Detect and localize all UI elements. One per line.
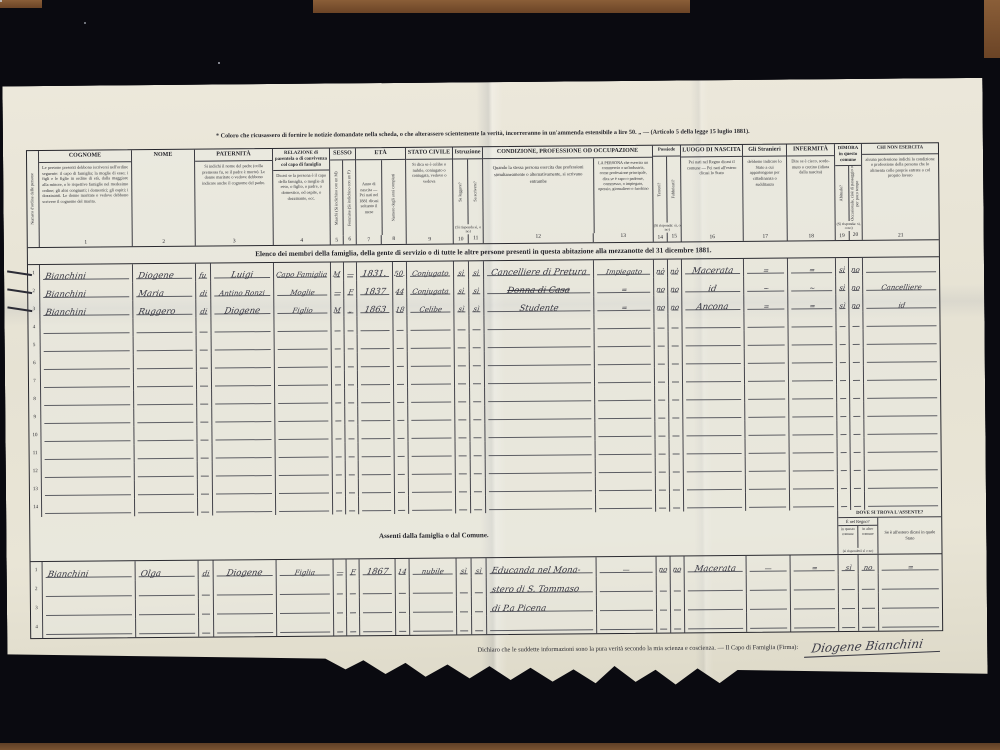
empty-cell: [669, 421, 683, 439]
empty-cell: [135, 444, 198, 463]
empty-cell: [471, 459, 486, 477]
row-number: 14: [30, 499, 42, 517]
empty-cell: [134, 372, 197, 391]
empty-cell: [41, 426, 134, 445]
cell-nome: [136, 599, 199, 619]
empty-cell: [789, 330, 837, 348]
empty-cell: [669, 385, 683, 403]
empty-cell: [850, 330, 864, 348]
empty-cell: [851, 474, 865, 492]
empty-cell: [850, 384, 864, 402]
cell-fabbricati: no: [668, 295, 682, 313]
empty-cell: [864, 365, 940, 384]
cell-paternita: Luigi: [211, 263, 274, 282]
empty-cell: [197, 354, 212, 372]
empty-cell: [745, 349, 789, 367]
cell-regno-altro-comune: [859, 612, 879, 631]
empty-cell: [850, 348, 864, 366]
empty-cell: [684, 439, 746, 458]
cell-sesso-f: F: [344, 280, 357, 298]
empty-cell: [212, 407, 275, 426]
declaration-line: Dichiaro che le suddette informazioni so…: [30, 638, 943, 662]
cell-sa-scrivere: [472, 615, 487, 634]
empty-cell: [837, 330, 850, 348]
cell-nome: Ruggero: [133, 300, 196, 319]
empty-cell: [595, 368, 655, 387]
col-header-paternita: PATERNITÀ Si indichi il nome del padre (…: [195, 149, 274, 246]
empty-cell: [198, 480, 213, 498]
cell-sesso-f: [347, 578, 360, 597]
cell-stato-civile: [410, 596, 457, 615]
empty-cell: [409, 477, 456, 495]
cell-anno-nascita: [360, 616, 396, 635]
cell-nome: [136, 618, 199, 638]
cell-anni-compiuti: 14: [396, 559, 410, 578]
cell-condizione: Cancelliere di Pretura: [484, 260, 594, 279]
cell-sa-leggere: sì: [454, 279, 469, 297]
cell-regno-questo-comune: [839, 593, 859, 612]
empty-cell: [212, 371, 275, 390]
empty-cell: [135, 462, 198, 481]
absent-heading: Assenti dalla famiglia o dal Comune.: [30, 510, 838, 561]
cell-terreni: no: [657, 557, 671, 576]
cell-stato-civile: Conjugata: [407, 279, 454, 297]
cell-estero-stato: [879, 573, 942, 593]
empty-cell: [211, 317, 274, 336]
empty-cell: [595, 386, 655, 405]
cell-paternita: Antino Ronzi: [211, 281, 274, 300]
empty-cell: [485, 404, 595, 423]
subcol-la-persona: LA PERSONA che esercita un commercio o u…: [593, 158, 653, 233]
col-header-condizione: CONDIZIONE, PROFESSIONE OD OCCUPAZIONE Q…: [483, 146, 654, 243]
empty-cell: [134, 426, 197, 445]
where-is-absent-box: DOVE SI TROVA L'ASSENTE? È nel Regno? in…: [838, 509, 941, 554]
cell-persona: [597, 576, 657, 596]
row-number: 7: [29, 373, 41, 391]
empty-cell: [655, 368, 669, 386]
cell-stranieri: ~: [744, 277, 788, 295]
cell-sesso-f: [347, 616, 360, 635]
cell-anno-nascita: [360, 597, 396, 616]
cell-sesso-f: „: [344, 298, 357, 316]
cell-nome: Olga: [136, 561, 199, 581]
empty-cell: [344, 316, 357, 334]
empty-cell: [485, 350, 595, 369]
cell-persona: —: [597, 557, 657, 577]
cell-dimora-abituale: sì: [836, 258, 849, 276]
empty-cell: [358, 406, 394, 424]
empty-cell: [789, 366, 837, 384]
subcol-in-questo-comune: in questo comune: [838, 526, 857, 548]
empty-cell: [788, 312, 836, 330]
cell-luogo-nascita: [685, 594, 747, 614]
cell-relazione: Moglie: [274, 281, 331, 299]
empty-cell: [470, 405, 485, 423]
empty-cell: [789, 384, 837, 402]
col-header-stranieri: Gli Stranieri debbono indicare lo Stato …: [743, 145, 788, 241]
empty-cell: [838, 456, 851, 474]
empty-cell: [655, 350, 669, 368]
empty-cell: [42, 462, 135, 481]
empty-cell: [596, 476, 656, 495]
empty-cell: [596, 494, 656, 513]
empty-cell: [409, 441, 456, 459]
empty-cell: [470, 423, 485, 441]
cell-stato-civile: Conjugato: [407, 261, 454, 279]
empty-cell: [359, 442, 395, 460]
cell-sesso-m: [334, 597, 347, 616]
empty-cell: [486, 494, 596, 513]
empty-cell: [683, 367, 745, 386]
wood-table-corner: [0, 0, 42, 8]
empty-cell: [345, 370, 358, 388]
cell-dimora-abituale: sì: [836, 294, 849, 312]
empty-cell: [408, 333, 455, 351]
empty-cell: [275, 407, 332, 425]
empty-cell: [135, 480, 198, 499]
col-header-nome: NOME 2: [132, 150, 196, 247]
cell-terreni: [657, 614, 671, 633]
empty-cell: [394, 388, 408, 406]
cell-condizione: Donna di Casa: [484, 278, 594, 297]
empty-cell: [332, 406, 345, 424]
empty-cell: [837, 420, 850, 438]
cell-paternita: [214, 598, 277, 618]
empty-cell: [196, 318, 211, 336]
empty-cell: [455, 405, 470, 423]
empty-cell: [198, 498, 213, 516]
cell-stranieri: [747, 613, 791, 632]
cell-luogo-nascita: Macerata: [685, 556, 747, 576]
empty-cell: [346, 478, 359, 496]
empty-cell: [197, 372, 212, 390]
empty-cell: [359, 496, 395, 514]
empty-cell: [486, 476, 596, 495]
empty-cell: [212, 389, 275, 408]
cell-infermita: [791, 612, 839, 631]
empty-cell: [470, 369, 485, 387]
empty-cell: [456, 441, 471, 459]
empty-cell: [851, 492, 865, 510]
empty-cell: [275, 335, 332, 353]
empty-cell: [683, 385, 745, 404]
empty-cell: [670, 439, 684, 457]
empty-cell: [656, 440, 670, 458]
empty-cell: [198, 444, 213, 462]
empty-cell: [275, 389, 332, 407]
empty-cell: [669, 403, 683, 421]
empty-cell: [655, 386, 669, 404]
cell-anno-nascita: 1863: [357, 298, 393, 316]
empty-cell: [134, 390, 197, 409]
empty-cell: [41, 336, 134, 355]
cell-dimora-abituale: sì: [836, 276, 849, 294]
cell-luogo-nascita: id: [682, 277, 744, 296]
empty-cell: [595, 422, 655, 441]
empty-cell: [394, 334, 408, 352]
cell-regno-altro-comune: [859, 574, 879, 593]
cell-regno-altro-comune: no: [859, 555, 879, 574]
cell-terreni: no: [654, 296, 668, 314]
main-table-empty-rows: 4567891011121314: [28, 311, 941, 517]
cell-paternita: Diogene: [211, 299, 274, 318]
empty-cell: [469, 315, 484, 333]
empty-cell: [485, 386, 595, 405]
empty-cell: [746, 493, 790, 511]
cell-cognome: Bianchini: [40, 264, 133, 283]
cell-stranieri: [747, 594, 791, 613]
empty-cell: [276, 443, 333, 461]
row-number: 4: [31, 619, 43, 638]
row-number: 11: [30, 445, 42, 463]
empty-cell: [484, 314, 594, 333]
empty-cell: [332, 352, 345, 370]
empty-cell: [836, 312, 849, 330]
empty-cell: [197, 426, 212, 444]
empty-cell: [455, 333, 470, 351]
col-header-cognome: COGNOME Le persone presenti debbono iscr…: [39, 150, 133, 247]
cell-chi-non-esercita: [863, 257, 939, 276]
cell-anno-nascita: 1837: [357, 280, 393, 298]
cell-sa-scrivere: [472, 577, 487, 596]
empty-cell: [345, 334, 358, 352]
empty-cell: [746, 475, 790, 493]
empty-cell: [864, 401, 940, 420]
empty-cell: [197, 336, 212, 354]
row-number: 3: [31, 600, 43, 619]
subcol-sa-scrivere: Sa scrivere?: [467, 159, 483, 224]
empty-cell: [670, 457, 684, 475]
empty-cell: [333, 496, 346, 514]
empty-cell: [359, 478, 395, 496]
empty-cell: [865, 437, 941, 456]
cell-fu-di: [199, 618, 214, 637]
cell-sesso-m: —: [331, 280, 344, 298]
cell-stranieri: —: [747, 556, 791, 575]
empty-cell: [471, 441, 486, 459]
empty-cell: [408, 351, 455, 369]
empty-cell: [331, 316, 344, 334]
empty-cell: [408, 387, 455, 405]
empty-cell: [276, 461, 333, 479]
subcol-anni-compiuti: Numero degli anni compiuti: [381, 160, 406, 235]
empty-cell: [864, 329, 940, 348]
empty-cell: [395, 496, 409, 514]
empty-cell: [486, 458, 596, 477]
empty-cell: [332, 334, 345, 352]
empty-cell: [485, 422, 595, 441]
empty-cell: [864, 347, 940, 366]
cell-luogo-nascita: [685, 575, 747, 595]
cell-fu-di: [199, 580, 214, 599]
cell-stranieri: =: [744, 295, 788, 313]
empty-cell: [456, 477, 471, 495]
empty-cell: [670, 493, 684, 511]
col-header-sesso: SESSO Maschi (Si indichino con un M) Fem…: [330, 148, 357, 244]
cell-chi-non-esercita: id: [863, 293, 939, 312]
empty-cell: [455, 369, 470, 387]
cell-fu-di: di: [199, 561, 214, 580]
empty-cell: [42, 444, 135, 463]
head-of-family-signature: Diogene Bianchini: [805, 636, 943, 658]
cell-infermita: ~: [788, 276, 836, 294]
cell-persona: Impiegato: [594, 260, 654, 279]
empty-cell: [485, 368, 595, 387]
empty-cell: [683, 403, 745, 422]
empty-cell: [345, 424, 358, 442]
empty-cell: [790, 456, 838, 474]
empty-cell: [332, 388, 345, 406]
cell-relazione: Capo Famiglia: [274, 263, 331, 281]
cell-fu-di: fu: [196, 264, 211, 282]
table-header: Numero d'ordine delle persone COGNOME Le…: [27, 143, 939, 248]
cell-stato-civile: [410, 577, 457, 596]
cell-sa-leggere: [457, 596, 472, 615]
empty-cell: [212, 335, 275, 354]
cell-sesso-f: [347, 597, 360, 616]
row-number: 1: [31, 562, 43, 581]
col-header-numero-ordine: Numero d'ordine delle persone: [27, 151, 40, 247]
cell-relazione: Figlia: [277, 560, 334, 579]
cell-stato-civile: Celibe: [407, 297, 454, 315]
cell-persona: [597, 614, 657, 634]
cell-fu-di: di: [196, 300, 211, 318]
empty-cell: [346, 460, 359, 478]
cell-sesso-m: [334, 616, 347, 635]
empty-cell: [863, 311, 939, 330]
empty-cell: [656, 494, 670, 512]
col-header-stato-civile: STATO CIVILE Si dica se è celibe o nubil…: [406, 147, 454, 243]
empty-cell: [395, 442, 409, 460]
subcol-terreni: Terreni?: [653, 156, 667, 222]
empty-cell: [407, 315, 454, 333]
cell-anni-compiuti: [396, 616, 410, 635]
cell-sesso-f: F: [347, 559, 360, 578]
empty-cell: [213, 461, 276, 480]
cell-fu-di: [199, 599, 214, 618]
empty-cell: [485, 332, 595, 351]
subcol-abituale: Abituale?: [835, 166, 848, 221]
empty-cell: [596, 458, 656, 477]
cell-estero-stato: =: [879, 554, 942, 574]
cell-anno-nascita: [360, 578, 396, 597]
row-number: 4: [28, 319, 40, 337]
cell-terreni: [657, 595, 671, 614]
empty-cell: [197, 390, 212, 408]
col-header-luogo-nascita: LUOGO DI NASCITA Pei nati nel Regno dica…: [681, 145, 744, 242]
empty-cell: [358, 352, 394, 370]
empty-cell: [838, 492, 851, 510]
empty-cell: [345, 352, 358, 370]
cell-sa-leggere: sì: [454, 261, 469, 279]
cell-nome: Diogene: [133, 264, 196, 283]
cell-stato-civile: [410, 615, 457, 634]
col-header-infermita: INFERMITÀ Dire se è cieco, sordo-muto o …: [787, 144, 836, 240]
empty-cell: [486, 440, 596, 459]
cell-infermita: [791, 574, 839, 593]
empty-cell: [837, 366, 850, 384]
cell-regno-questo-comune: [839, 612, 859, 631]
empty-cell: [394, 406, 408, 424]
empty-cell: [864, 419, 940, 438]
cell-fabbricati: [671, 575, 685, 594]
empty-cell: [133, 318, 196, 337]
empty-cell: [198, 462, 213, 480]
wood-table-strip: [313, 0, 690, 13]
empty-cell: [865, 491, 941, 510]
cell-relazione: Figlio: [274, 299, 331, 317]
declaration-text: Dichiaro che le suddette informazioni so…: [478, 644, 799, 654]
cell-stato-civile: nubile: [410, 558, 457, 577]
empty-cell: [789, 420, 837, 438]
cell-cognome: [43, 580, 136, 600]
cell-sa-scrivere: sì: [469, 279, 484, 297]
empty-cell: [744, 313, 788, 331]
cell-fabbricati: no: [668, 277, 682, 295]
empty-cell: [408, 369, 455, 387]
empty-cell: [41, 408, 134, 427]
empty-cell: [789, 348, 837, 366]
cell-stranieri: [747, 575, 791, 594]
empty-cell: [790, 438, 838, 456]
subcol-femmine: Femmine (Si indichino con un F): [342, 160, 356, 235]
cell-sesso-m: [334, 578, 347, 597]
empty-cell: [655, 422, 669, 440]
cell-luogo-nascita: Ancona: [682, 295, 744, 314]
empty-cell: [790, 474, 838, 492]
empty-cell: [745, 367, 789, 385]
empty-cell: [276, 479, 333, 497]
cell-anno-nascita: 1831.: [357, 262, 393, 280]
empty-cell: [684, 493, 746, 512]
empty-cell: [197, 408, 212, 426]
cell-sa-leggere: sì: [457, 558, 472, 577]
empty-cell: [684, 475, 746, 494]
cell-sa-scrivere: sì: [472, 558, 487, 577]
empty-cell: [456, 495, 471, 513]
cell-dimora-occasionale: no: [849, 258, 863, 276]
cell-sa-leggere: [457, 577, 472, 596]
cell-relazione: [277, 617, 334, 636]
empty-cell: [212, 353, 275, 372]
empty-cell: [746, 457, 790, 475]
cell-condizione: Studente: [484, 296, 594, 315]
cell-sesso-m: M: [331, 298, 344, 316]
empty-cell: [684, 457, 746, 476]
cell-persona: =: [594, 296, 654, 315]
subcol-sa-leggere: Sa leggere?: [453, 160, 468, 225]
empty-cell: [345, 388, 358, 406]
empty-cell: [669, 331, 683, 349]
empty-cell: [682, 313, 744, 332]
subcol-maschi: Maschi (Si indichino con un M): [330, 161, 343, 236]
empty-cell: [346, 442, 359, 460]
empty-cell: [471, 477, 486, 495]
cell-paternita: [214, 617, 277, 637]
cell-anni-compiuti: [396, 578, 410, 597]
empty-cell: [746, 439, 790, 457]
col-header-possiede: Possiede Terreni? Fabbricati? (Si rispon…: [653, 145, 682, 241]
empty-cell: [394, 352, 408, 370]
empty-cell: [837, 348, 850, 366]
cell-sesso-m: —: [334, 559, 347, 578]
cell-fabbricati: nò: [668, 259, 682, 277]
cell-sa-scrivere: [472, 596, 487, 615]
subcol-in-altro-comune: in altro comune: [857, 526, 877, 548]
cell-cognome: [43, 618, 136, 638]
wood-table-corner: [984, 0, 1000, 58]
empty-cell: [358, 370, 394, 388]
